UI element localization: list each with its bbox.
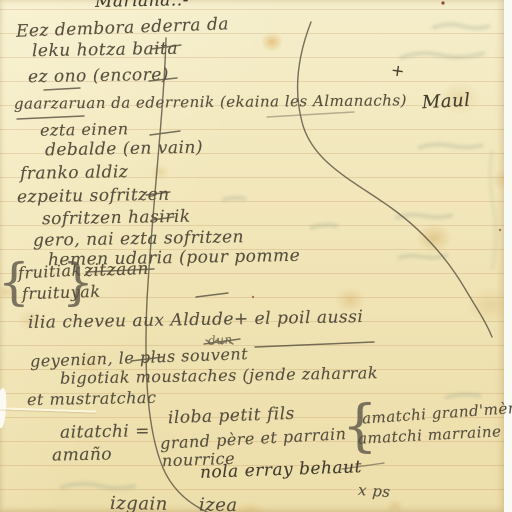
plus-mark: + — [390, 62, 406, 81]
handwriting-line: debalde (en vain) — [45, 140, 203, 161]
handwriting-line: amaño — [52, 446, 112, 465]
handwriting-line: franko aldiz — [20, 164, 129, 184]
handwriting-line: ezta einen — [40, 121, 129, 139]
handwriting-word: zitzaan — [84, 261, 149, 281]
handwriting-line: ezpeitu sofritzen — [17, 187, 170, 208]
cross-mark: x ps — [357, 483, 391, 501]
handwriting-line: aitatchi = — [60, 423, 150, 442]
handwriting-line: leku hotza baita — [32, 41, 178, 61]
handwriting-line-cut-off: izgain izea — [110, 495, 238, 512]
page-title: Mariana..- — [95, 0, 189, 12]
handwriting-line: gaarzaruan da ederrenik (ekaina les Alma… — [14, 93, 407, 112]
scanned-page: Mariana..- Eez dembora ederra da leku ho… — [0, 0, 512, 512]
handwriting-word-maul: Maul — [422, 92, 471, 113]
handwriting-line: et mustratchac — [27, 390, 157, 409]
handwriting-line: ez ono (encore) — [28, 67, 169, 87]
brace-open-amatchi: { — [342, 398, 378, 457]
handwriting-line: sofritzen hasirik — [42, 209, 191, 229]
